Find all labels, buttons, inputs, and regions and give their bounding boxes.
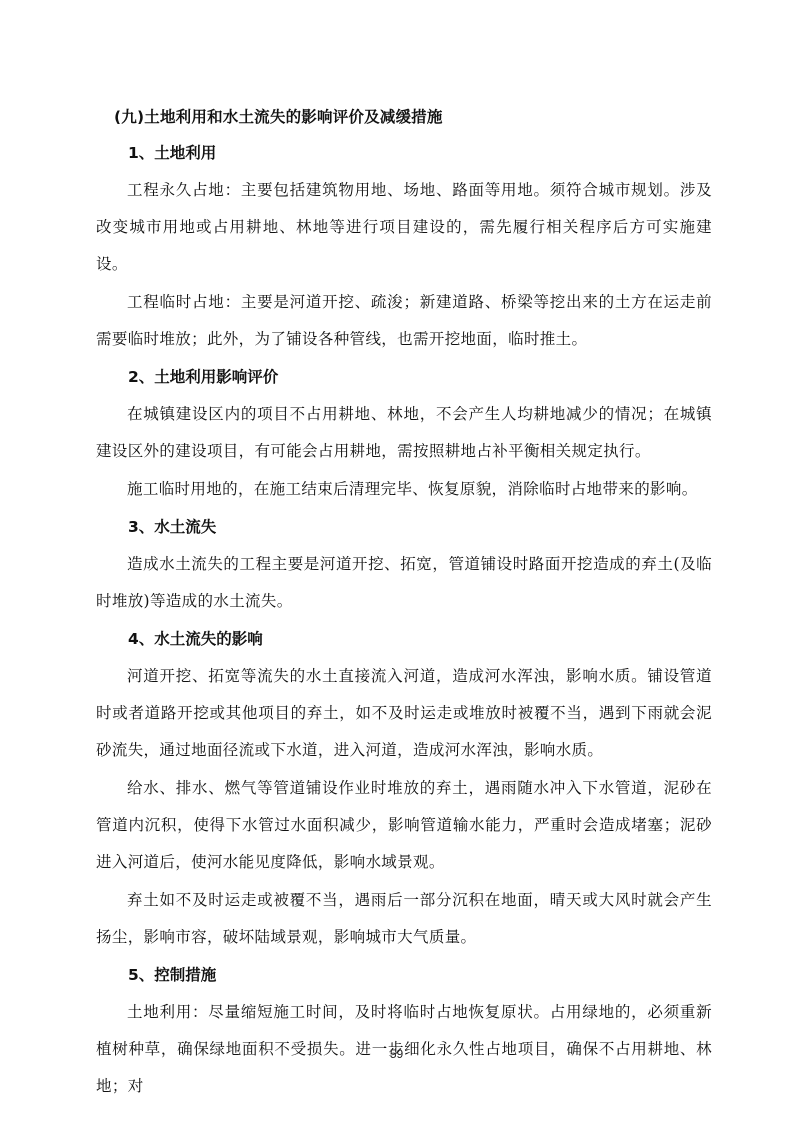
paragraph-pipe-sediment: 给水、排水、燃气等管道铺设作业时堆放的弃土，遇雨随水冲入下水管道，泥砂在管道内沉… <box>96 770 712 881</box>
page-number: 59 <box>0 1047 793 1061</box>
subsection-title-land-use-impact: 2、土地利用影响评价 <box>128 365 712 389</box>
paragraph-dust: 弃土如不及时运走或被覆不当，遇雨后一部分沉积在地面，晴天或大风时就会产生扬尘，影… <box>96 882 712 956</box>
paragraph-river-turbidity: 河道开挖、拓宽等流失的水土直接流入河道，造成河水浑浊，影响水质。铺设管道时或者道… <box>96 658 712 769</box>
document-page: (九)土地利用和水土流失的影响评价及减缓措施 1、土地利用 工程永久占地：主要包… <box>96 105 712 1112</box>
section-title: (九)土地利用和水土流失的影响评价及减缓措施 <box>114 105 712 129</box>
subsection-title-control-measures: 5、控制措施 <box>128 963 712 987</box>
paragraph-erosion-causes: 造成水土流失的工程主要是河道开挖、拓宽，管道铺设时路面开挖造成的弃土(及临时堆放… <box>96 546 712 620</box>
paragraph-permanent-land: 工程永久占地：主要包括建筑物用地、场地、路面等用地。须符合城市规划。涉及改变城市… <box>96 172 712 283</box>
subsection-title-soil-erosion: 3、水土流失 <box>128 515 712 539</box>
paragraph-temporary-site-restore: 施工临时用地的，在施工结束后清理完毕、恢复原貌，消除临时占地带来的影响。 <box>96 471 712 508</box>
subsection-title-erosion-impact: 4、水土流失的影响 <box>128 627 712 651</box>
subsection-title-land-use: 1、土地利用 <box>128 141 712 165</box>
paragraph-urban-area: 在城镇建设区内的项目不占用耕地、林地，不会产生人均耕地减少的情况；在城镇建设区外… <box>96 396 712 470</box>
paragraph-temporary-land: 工程临时占地：主要是河道开挖、疏浚；新建道路、桥梁等挖出来的土方在运走前需要临时… <box>96 284 712 358</box>
